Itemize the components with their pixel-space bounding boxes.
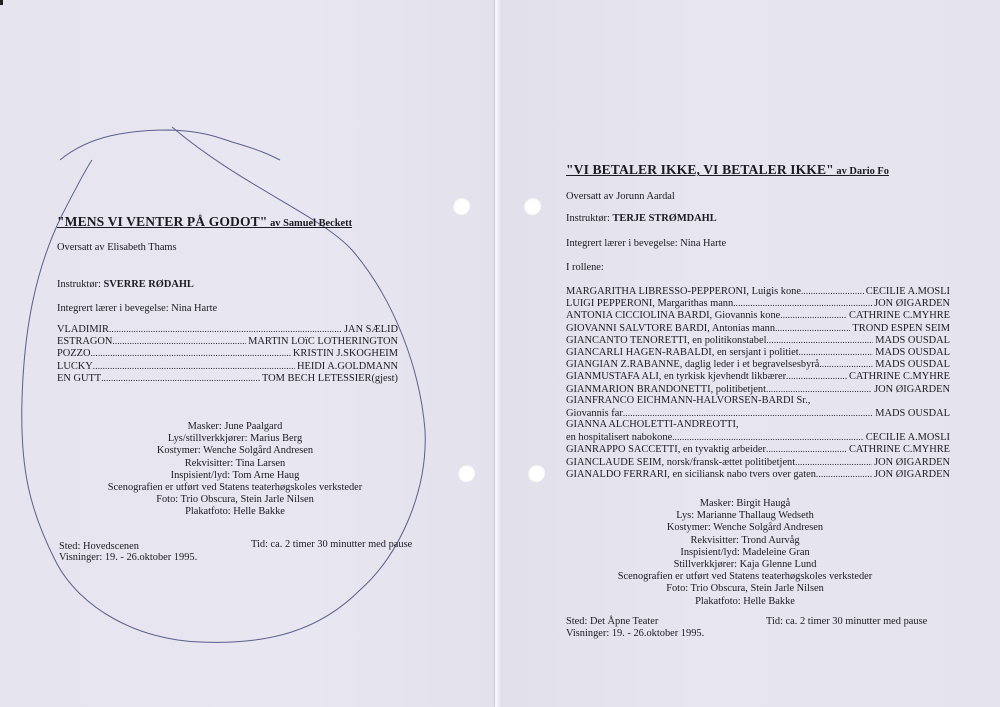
cast-role: GIANCARLI HAGEN-RABALDI, en sersjant i p… (566, 347, 799, 360)
cast-list: MARGARITHA LIBRESSO-PEPPERONI, Luigis ko… (566, 285, 950, 480)
cast-row: en hospitalisert nabokoneCECILIE A.MOSLI (566, 431, 950, 443)
cast-row: GIANGIAN Z.RABANNE, daglig leder i et be… (566, 358, 950, 370)
cast-role: GIANCLAUDE SEIM, norsk/fransk-ættet poli… (566, 457, 795, 470)
cast-row: ESTRAGONMARTIN LOïC LOTHERINGTON (57, 335, 398, 347)
movement-teacher: Integrert lærer i bevegelse: Nina Harte (57, 303, 217, 316)
cast-actor: MADS OUSDAL (873, 359, 950, 372)
cast-role: LUCKY (57, 361, 93, 374)
cast-role: ANTONIA CICCIOLINA BARDI, Giovannis kone (566, 310, 780, 323)
credit-line: Inspisient/lyd: Tom Arne Haug (60, 470, 410, 482)
cast-actor: MADS OUSDAL (873, 335, 950, 348)
duration: Tid: ca. 2 timer 30 minutter med pause (251, 539, 412, 552)
translator: Oversatt av Jorunn Aardal (566, 191, 675, 204)
director-name: TERJE STRØMDAHL (612, 213, 716, 224)
performance-dates: Visninger: 19. - 26.oktober 1995. (566, 628, 704, 641)
dot-leader (819, 358, 873, 371)
credit-line: Stillverkkjører: Kaja Glenne Lund (575, 559, 915, 571)
cast-actor: TOM BECH LETESSIER(gjest) (260, 373, 398, 386)
credit-line: Kostymer: Wenche Solgård Andresen (575, 522, 915, 534)
cast-row: GIANRAPPO SACCETTI, en tyvaktig arbeider… (566, 443, 950, 455)
movement-teacher: Integrert lærer i bevegelse: Nina Harte (566, 238, 726, 251)
dot-leader (780, 309, 847, 322)
credit-line: Lys: Marianne Thallaug Wedseth (575, 510, 915, 522)
play-author: av Dario Fo (836, 166, 889, 177)
dot-leader (766, 443, 847, 456)
cast-actor: CECILIE A.MOSLI (864, 286, 950, 299)
cast-actor: CECILIE A.MOSLI (864, 432, 950, 445)
cast-heading: I rollene: (566, 262, 604, 275)
cast-row: LUCKYHEIDI A.GOLDMANN (57, 360, 398, 372)
scan-edge-mark (0, 0, 3, 5)
cast-row: GIOVANNI SALVTORE BARDI, Antonias mannTR… (566, 322, 950, 334)
play-title: "MENS VI VENTER PÅ GODOT" av Samuel Beck… (57, 216, 352, 231)
cast-role: en hospitalisert nabokone (566, 432, 672, 445)
cast-role: EN GUTT (57, 373, 101, 386)
cast-role: GIANRAPPO SACCETTI, en tyvaktig arbeider (566, 444, 766, 457)
crew-credits: Masker: June PaalgardLys/stillverkkjører… (60, 421, 410, 519)
credit-line: Scenografien er utført ved Statens teate… (575, 571, 915, 583)
cast-actor: HEIDI A.GOLDMANN (295, 361, 398, 374)
credit-line: Kostymer: Wenche Solgård Andresen (60, 445, 410, 457)
director-line: Instruktør: SVERRE RØDAHL (57, 279, 194, 292)
cast-role: POZZO (57, 348, 90, 361)
punch-hole (452, 197, 470, 215)
play-title-text: "VI BETALER IKKE, VI BETALER IKKE" (566, 162, 834, 177)
performance-dates: Visninger: 19. - 26.oktober 1995. (59, 552, 197, 565)
dot-leader (766, 383, 872, 396)
cast-role-line: GIANNA ALCHOLETTI-ANDREOTTI, (566, 419, 950, 431)
credit-line: Plakatfoto: Helle Bakke (575, 596, 915, 608)
dot-leader (786, 370, 847, 383)
credit-line: Rekvisitter: Tina Larsen (60, 458, 410, 470)
cast-actor: JON ØIGARDEN (872, 457, 950, 470)
punch-hole (457, 464, 475, 482)
dot-leader (112, 335, 246, 348)
cast-role: VLADIMIR (57, 324, 109, 337)
cast-row: GIANMARION BRANDONETTI, politibetjentJON… (566, 383, 950, 395)
cast-actor: MADS OUSDAL (873, 408, 950, 421)
dot-leader (799, 346, 874, 359)
cast-row: GIANCLAUDE SEIM, norsk/fransk-ættet poli… (566, 456, 950, 468)
punch-hole (523, 197, 541, 215)
cast-actor: JON ØIGARDEN (872, 469, 950, 482)
dot-leader (733, 297, 872, 310)
cast-row: Giovannis farMADS OUSDAL (566, 407, 950, 419)
dot-leader (766, 334, 873, 347)
director-label: Instruktør: (57, 279, 101, 290)
center-fold (495, 0, 497, 707)
punch-hole (527, 464, 545, 482)
play-title: "VI BETALER IKKE, VI BETALER IKKE" av Da… (566, 164, 889, 179)
cast-actor: KRISTIN J.SKOGHEIM (291, 348, 398, 361)
director-label: Instruktør: (566, 213, 610, 224)
cast-row: GIANMUSTAFA ALI, en tyrkisk kjevhendt li… (566, 370, 950, 382)
dot-leader (816, 468, 872, 481)
dot-leader (90, 347, 290, 360)
dot-leader (672, 431, 864, 444)
cast-actor: JON ØIGARDEN (872, 298, 950, 311)
cast-role: GIANGIAN Z.RABANNE, daglig leder i et be… (566, 359, 819, 372)
credit-line: Foto: Trio Obscura, Stein Jarle Nilsen (575, 583, 915, 595)
credit-line: Rekvisitter: Trond Aurvåg (575, 535, 915, 547)
credit-line: Masker: June Paalgard (60, 421, 410, 433)
dot-leader (101, 372, 260, 385)
duration: Tid: ca. 2 timer 30 minutter med pause (766, 616, 927, 629)
cast-role-line: GIANFRANCO EICHMANN-HALVORSEN-BARDI Sr., (566, 395, 950, 407)
cast-actor: CATHRINE C.MYHRE (847, 310, 950, 323)
cast-row: MARGARITHA LIBRESSO-PEPPERONI, Luigis ko… (566, 285, 950, 297)
cast-list: VLADIMIRJAN SÆLIDESTRAGONMARTIN LOïC LOT… (57, 323, 398, 384)
play-author: av Samuel Beckett (270, 218, 352, 229)
dot-leader (93, 360, 295, 373)
cast-row: GIANCANTO TENORETTI, en politikonstabelM… (566, 334, 950, 346)
dot-leader (109, 323, 342, 336)
translator: Oversatt av Elisabeth Thams (57, 242, 177, 255)
cast-role: GIANMUSTAFA ALI, en tyrkisk kjevhendt li… (566, 371, 786, 384)
cast-role: GIANALDO FERRARI, en siciliansk nabo tve… (566, 469, 816, 482)
venue: Sted: Det Åpne Teater (566, 616, 658, 629)
cast-actor: MADS OUSDAL (873, 347, 950, 360)
cast-row: POZZOKRISTIN J.SKOGHEIM (57, 347, 398, 359)
cast-row: VLADIMIRJAN SÆLID (57, 323, 398, 335)
cast-row: ANTONIA CICCIOLINA BARDI, Giovannis kone… (566, 309, 950, 321)
cast-row: GIANCARLI HAGEN-RABALDI, en sersjant i p… (566, 346, 950, 358)
cast-actor: JAN SÆLID (342, 324, 398, 337)
cast-role: GIANCANTO TENORETTI, en politikonstabel (566, 335, 766, 348)
dot-leader (775, 322, 850, 335)
credit-line: Plakatfoto: Helle Bakke (60, 506, 410, 518)
credit-line: Inspisient/lyd: Madeleine Gran (575, 547, 915, 559)
director-line: Instruktør: TERJE STRØMDAHL (566, 213, 717, 226)
credit-line: Foto: Trio Obscura, Stein Jarle Nilsen (60, 494, 410, 506)
cast-row: LUIGI PEPPERONI, Margarithas mannJON ØIG… (566, 297, 950, 309)
cast-role: GIANNA ALCHOLETTI-ANDREOTTI, (566, 419, 739, 432)
cast-role: GIANFRANCO EICHMANN-HALVORSEN-BARDI Sr., (566, 395, 810, 408)
dot-leader (795, 456, 872, 469)
play-title-text: "MENS VI VENTER PÅ GODOT" (57, 214, 267, 229)
cast-row: GIANALDO FERRARI, en siciliansk nabo tve… (566, 468, 950, 480)
cast-role: GIOVANNI SALVTORE BARDI, Antonias mann (566, 323, 775, 336)
dot-leader (801, 285, 864, 298)
credit-line: Lys/stillverkkjører: Marius Berg (60, 433, 410, 445)
credit-line: Masker: Birgit Haugå (575, 498, 915, 510)
crew-credits: Masker: Birgit HaugåLys: Marianne Thalla… (575, 498, 915, 608)
cast-row: EN GUTTTOM BECH LETESSIER(gjest) (57, 372, 398, 384)
director-name: SVERRE RØDAHL (103, 279, 193, 290)
dot-leader (623, 407, 873, 420)
credit-line: Scenografien er utført ved Statens teate… (60, 482, 410, 494)
cast-role: LUIGI PEPPERONI, Margarithas mann (566, 298, 733, 311)
cast-actor: JON ØIGARDEN (872, 384, 950, 397)
